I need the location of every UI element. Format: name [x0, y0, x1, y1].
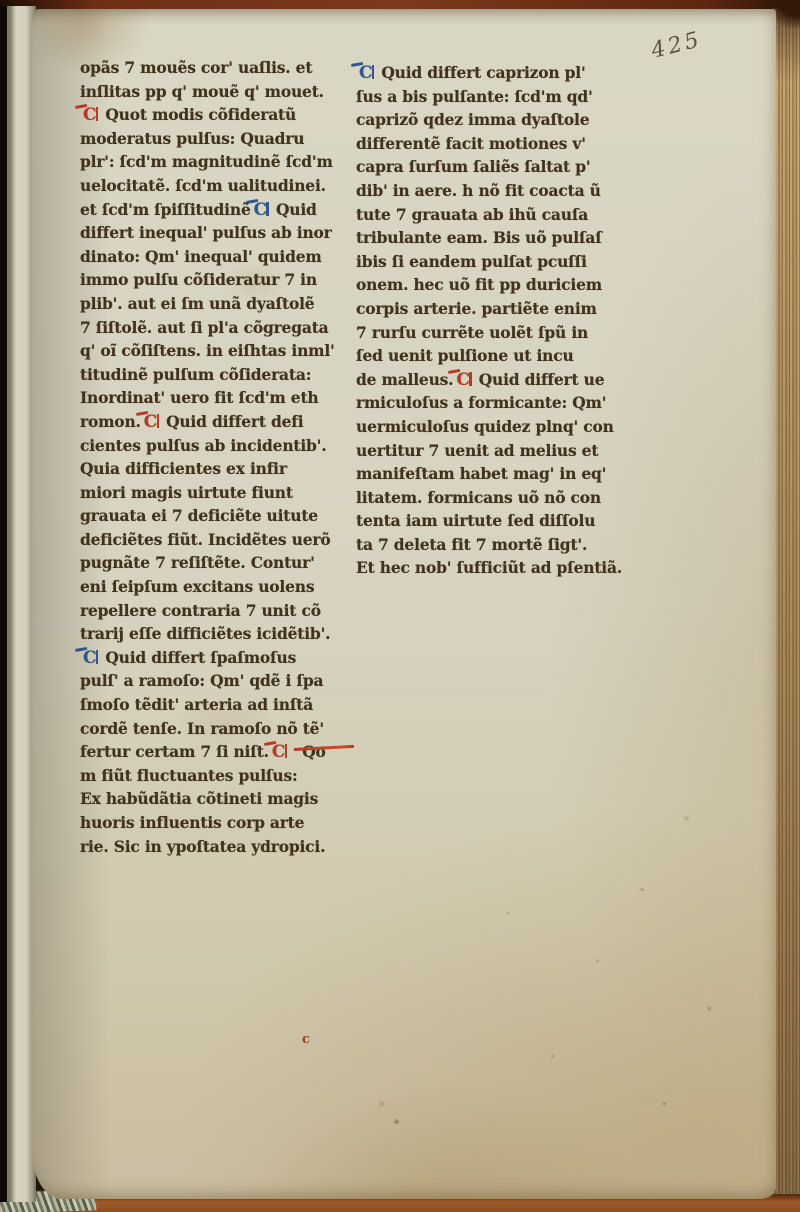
text-segment: uelocitatẽ. ſcd'm ualitudinei. [80, 176, 326, 195]
text-segment: dinato: Qm' inequal' quidem [80, 247, 322, 266]
manuscript-line: 7 ſiſtolẽ. aut ſi pl'a cõgregata [80, 316, 336, 340]
text-segment: q' oĩ cõſiſtens. in eiſhtas inml' [80, 341, 335, 360]
text-segment: romon. [80, 412, 141, 431]
text-segment: cordẽ tenſe. In ramoſo nõ tẽ' [80, 719, 324, 738]
manuscript-line: fertur certam 7 ſi niſt.CQo [80, 740, 336, 764]
text-segment: immo pulſu cõſideratur 7 in [80, 270, 317, 289]
text-segment: dib' in aere. h nõ fit coacta ũ [356, 181, 601, 200]
text-segment: onem. hec uõ fit pp duriciem [356, 275, 602, 294]
manuscript-line: corpis arterie. partiẽte enim [356, 297, 616, 321]
text-segment: fertur certam 7 ſi niſt. [80, 742, 269, 761]
text-segment: moderatus pulſus: Quadru [80, 129, 304, 148]
text-segment: differt inequal' pulſus ab inor [80, 223, 332, 242]
pilcrow-red-icon: C [454, 370, 475, 390]
text-segment: trarij eſſe difficiẽtes icidẽtib'. [80, 624, 330, 643]
manuscript-line: CQuot modis cõfideratũ [80, 103, 336, 127]
manuscript-line: ſus a bis pulſante: ſcd'm qd' [356, 85, 616, 109]
manuscript-line: Et hec nob' ſufficiũt ad pſentiã. [356, 556, 616, 580]
manuscript-line: tribulante eam. Bis uõ pulſaſ [356, 226, 616, 250]
manuscript-line: uermiculoſus quidez plnq' con [356, 415, 616, 439]
text-segment: ta 7 deleta fit 7 mortẽ ſigt'. [356, 535, 587, 554]
text-segment: de malleus. [356, 370, 453, 389]
manuscript-line: tenta iam uirtute ſed diſſolu [356, 509, 616, 533]
text-segment: et ſcd'm ſpiſſitudinẽ [80, 200, 251, 219]
manuscript-line: ta 7 deleta fit 7 mortẽ ſigt'. [356, 533, 616, 557]
text-segment: Quid differt defi [166, 412, 303, 431]
text-segment: 7 ſiſtolẽ. aut ſi pl'a cõgregata [80, 318, 329, 337]
manuscript-line: capra ſurſum ſaliẽs ſaltat p' [356, 155, 616, 179]
text-segment: plr': ſcd'm magnitudinẽ ſcd'm [80, 152, 333, 171]
text-segment: corpis arterie. partiẽte enim [356, 299, 597, 318]
text-segment: m fiũt fluctuantes pulſus: [80, 766, 298, 785]
text-segment: Et hec nob' ſufficiũt ad pſentiã. [356, 558, 622, 577]
manuscript-line: cientes pulſus ab incidentib'. [80, 434, 336, 458]
text-segment: uertitur 7 uenit ad melius et [356, 441, 598, 460]
text-segment: ſed uenit pulſione ut incu [356, 346, 574, 365]
pilcrow-blue-icon: C [252, 200, 273, 220]
manuscript-line: inſlitas pp q' mouẽ q' mouet. [80, 80, 336, 104]
text-segment: inſlitas pp q' mouẽ q' mouet. [80, 82, 324, 101]
manuscript-line: ibis ſi eandem pulſat pcuſſi [356, 250, 616, 274]
manuscript-line: immo pulſu cõſideratur 7 in [80, 268, 336, 292]
manuscript-line: uelocitatẽ. ſcd'm ualitudinei. [80, 174, 336, 198]
text-segment: litatem. formicans uõ nõ con [356, 488, 601, 507]
manuscript-line: trarij eſſe difficiẽtes icidẽtib'. [80, 622, 336, 646]
manuscript-line: uertitur 7 uenit ad melius et [356, 439, 616, 463]
manuscript-line: plr': ſcd'm magnitudinẽ ſcd'm [80, 150, 336, 174]
manuscript-line: romon.CQuid differt defi [80, 410, 336, 434]
manuscript-line: grauata ei 7 deficiẽte uitute [80, 504, 336, 528]
book-fore-edge-pages [773, 8, 800, 1212]
pilcrow-red-icon: C [142, 412, 163, 432]
text-segment: Quid [276, 200, 317, 219]
text-segment: ibis ſi eandem pulſat pcuſſi [356, 252, 587, 271]
manuscript-line: de malleus.CQuid differt ue [356, 368, 616, 392]
text-segment: miori magis uirtute fiunt [80, 483, 293, 502]
manuscript-line: rmiculoſus a formicante: Qm' [356, 391, 616, 415]
manuscript-line: Ex habũdãtia cõtineti magis [80, 787, 336, 811]
manuscript-line: onem. hec uõ fit pp duriciem [356, 273, 616, 297]
manuscript-line: moderatus pulſus: Quadru [80, 127, 336, 151]
text-segment: tribulante eam. Bis uõ pulſaſ [356, 228, 602, 247]
text-segment: opãs 7 mouẽs cor' uaſlis. et [80, 58, 312, 77]
manuscript-line: tute 7 grauata ab ihũ cauſa [356, 203, 616, 227]
manuscript-line: litatem. formicans uõ nõ con [356, 486, 616, 510]
pilcrow-red-icon: C [270, 742, 291, 762]
manuscript-line: plib'. aut ei ſm unã dyaſtolẽ [80, 292, 336, 316]
manuscript-line: huoris influentis corp arte [80, 811, 336, 835]
text-segment: plib'. aut ei ſm unã dyaſtolẽ [80, 294, 314, 313]
text-segment: repellere contraria 7 unit cõ [80, 601, 321, 620]
text-segment: eni ſeipſum excitans uolens [80, 577, 314, 596]
text-segment: tenta iam uirtute ſed diſſolu [356, 511, 595, 530]
manuscript-line: CQuid differt ſpaſmoſus [80, 646, 336, 670]
text-segment: Ex habũdãtia cõtineti magis [80, 789, 318, 808]
manuscript-line: differt inequal' pulſus ab inor [80, 221, 336, 245]
manuscript-line: rie. Sic in ypoſtatea ydropici. [80, 835, 336, 859]
quire-mark: c [302, 1032, 310, 1047]
text-segment: 7 rurſu currẽte uolẽt ſpũ in [356, 323, 588, 342]
manuscript-line: Inordinat' uero fit ſcd'm eth [80, 386, 336, 410]
text-segment: ſus a bis pulſante: ſcd'm qd' [356, 87, 593, 106]
manuscript-line: ſmoſo tẽdit' arteria ad inſtã [80, 693, 336, 717]
text-segment: Quot modis cõfideratũ [105, 105, 296, 124]
manuscript-line: dinato: Qm' inequal' quidem [80, 245, 336, 269]
text-segment: differentẽ facit motiones v' [356, 134, 586, 153]
text-segment: rie. Sic in ypoſtatea ydropici. [80, 837, 325, 856]
manuscript-line: deficiẽtes fiũt. Incidẽtes uerõ [80, 528, 336, 552]
manuscript-line: miori magis uirtute fiunt [80, 481, 336, 505]
text-segment: caprizõ qdez imma dyaſtole [356, 110, 589, 129]
text-segment: Quid differt ue [479, 370, 605, 389]
text-segment: tute 7 grauata ab ihũ cauſa [356, 205, 588, 224]
manuscript-line: cordẽ tenſe. In ramoſo nõ tẽ' [80, 717, 336, 741]
text-segment: rmiculoſus a formicante: Qm' [356, 393, 606, 412]
manuscript-line: CQuid differt caprizon pl' [356, 61, 616, 85]
column-right: CQuid differt caprizon pl'ſus a bis pulſ… [356, 61, 616, 580]
manuscript-line: pulſ' a ramoſo: Qm' qdẽ i ſpa [80, 669, 336, 693]
manuscript-line: ſed uenit pulſione ut incu [356, 344, 616, 368]
text-segment: deficiẽtes fiũt. Incidẽtes uerõ [80, 530, 331, 549]
manuscript-line: 7 rurſu currẽte uolẽt ſpũ in [356, 321, 616, 345]
manuscript-line: opãs 7 mouẽs cor' uaſlis. et [80, 56, 336, 80]
text-segment: uermiculoſus quidez plnq' con [356, 417, 614, 436]
text-segment: manifeſtam habet mag' in eq' [356, 464, 606, 483]
text-segment: ſmoſo tẽdit' arteria ad inſtã [80, 695, 313, 714]
text-segment: Quia difficientes ex infir [80, 459, 287, 478]
manuscript-photo: 425 opãs 7 mouẽs cor' uaſlis. etinſlitas… [0, 0, 800, 1212]
manuscript-line: dib' in aere. h nõ fit coacta ũ [356, 179, 616, 203]
text-segment: Inordinat' uero fit ſcd'm eth [80, 388, 318, 407]
text-segment: titudinẽ pulſum cõſiderata: [80, 365, 311, 384]
manuscript-line: repellere contraria 7 unit cõ [80, 599, 336, 623]
facing-page-edge [0, 6, 36, 1202]
manuscript-line: titudinẽ pulſum cõſiderata: [80, 363, 336, 387]
text-segment: capra ſurſum ſaliẽs ſaltat p' [356, 157, 590, 176]
text-segment: grauata ei 7 deficiẽte uitute [80, 506, 318, 525]
text-segment: Qo [302, 742, 325, 761]
text-segment: Quid differt ſpaſmoſus [105, 648, 296, 667]
pilcrow-blue-icon: C [357, 63, 378, 83]
manuscript-line: differentẽ facit motiones v' [356, 132, 616, 156]
manuscript-line: caprizõ qdez imma dyaſtole [356, 108, 616, 132]
manuscript-line: m fiũt fluctuantes pulſus: [80, 764, 336, 788]
text-segment: Quid differt caprizon pl' [381, 63, 585, 82]
text-segment: huoris influentis corp arte [80, 813, 304, 832]
pilcrow-blue-icon: C [81, 648, 102, 668]
manuscript-line: pugnãte 7 reſiſtẽte. Contur' [80, 551, 336, 575]
pilcrow-red-icon: C [81, 105, 102, 125]
manuscript-line: Quia difficientes ex infir [80, 457, 336, 481]
text-segment: pulſ' a ramoſo: Qm' qdẽ i ſpa [80, 671, 323, 690]
manuscript-line: et ſcd'm ſpiſſitudinẽCQuid [80, 198, 336, 222]
text-segment: pugnãte 7 reſiſtẽte. Contur' [80, 553, 315, 572]
manuscript-line: eni ſeipſum excitans uolens [80, 575, 336, 599]
text-segment: cientes pulſus ab incidentib'. [80, 436, 326, 455]
column-left: opãs 7 mouẽs cor' uaſlis. etinſlitas pp … [80, 56, 336, 858]
manuscript-line: manifeſtam habet mag' in eq' [356, 462, 616, 486]
manuscript-line: q' oĩ cõſiſtens. in eiſhtas inml' [80, 339, 336, 363]
